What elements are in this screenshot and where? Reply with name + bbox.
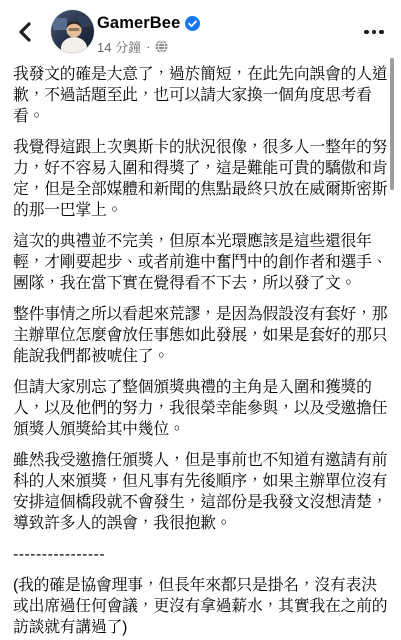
timestamp: 14 分鐘: [97, 37, 141, 56]
verified-badge-icon: [185, 16, 200, 31]
post-divider-dashes: ----------------: [13, 544, 390, 565]
post-paragraph: 雖然我受邀擔任頒獎人，但是事前也不知道有邀請有前科的人來頒獎，但凡事有先後順序，…: [13, 450, 390, 534]
chevron-left-icon: [17, 22, 32, 45]
author-block: GamerBee 14 分鐘 ·: [97, 14, 200, 56]
post-meta: 14 分鐘 ·: [97, 37, 200, 56]
scrollbar[interactable]: [390, 58, 394, 190]
more-options-button[interactable]: [361, 22, 387, 42]
avatar[interactable]: [51, 10, 94, 53]
post-paragraph: 但請大家別忘了整個頒獎典禮的主角是入圍和獲獎的人，以及他們的努力，我很榮幸能參與…: [13, 377, 390, 440]
post-paragraph: 整件事情之所以看起來荒謬，是因為假設沒有套好，那主辦單位怎麼會放任事態如此發展，…: [13, 304, 390, 367]
post-paragraph: (我的確是協會理事，但長年來都只是掛名，沒有表決或出席過任何會議，更沒有拿過薪水…: [13, 575, 390, 638]
post-paragraph: 我覺得這跟上次奧斯卡的狀況很像，很多人一整年的努力，好不容易入圍和得獎了，這是難…: [13, 137, 390, 221]
ellipsis-icon: [364, 30, 384, 35]
meta-separator: ·: [146, 39, 150, 54]
author-name[interactable]: GamerBee: [97, 14, 180, 33]
back-button[interactable]: [11, 20, 37, 46]
post-header: GamerBee 14 分鐘 ·: [0, 0, 401, 62]
post-paragraph: 這次的典禮並不完美，但原本光環應該是這些還很年輕，才剛要起步、或者前進中奮鬥中的…: [13, 231, 390, 294]
globe-icon: [155, 40, 168, 53]
post-content: 我發文的確是大意了，過於簡短，在此先向誤會的人道歉，不過話題至此，也可以請大家換…: [13, 64, 390, 640]
post-paragraph: 我發文的確是大意了，過於簡短，在此先向誤會的人道歉，不過話題至此，也可以請大家換…: [13, 64, 390, 127]
